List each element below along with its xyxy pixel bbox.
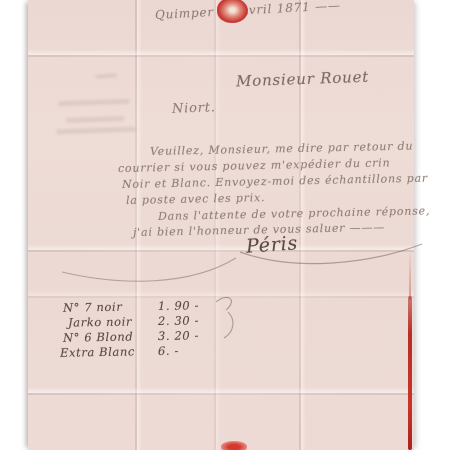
price-value: 6. - <box>158 344 179 358</box>
letter-scan: Quimper 13 Avril 1871 —— Monsieur Rouet … <box>0 0 450 450</box>
signature: Péris <box>245 232 299 258</box>
price-value: 1. 90 - <box>158 298 199 313</box>
price-item: Jarko noir <box>68 314 132 329</box>
red-seal-smudge-bottom <box>221 441 247 450</box>
fold-line-horizontal-2 <box>28 250 414 252</box>
red-edge-streak <box>408 296 412 450</box>
price-item: Extra Blanc <box>60 344 135 359</box>
wax-seal-remnant <box>217 0 248 23</box>
price-item: N° 7 noir <box>63 300 123 315</box>
price-item: N° 6 Blond <box>63 329 133 344</box>
fold-line-horizontal-4 <box>28 393 414 395</box>
fold-line-horizontal-1 <box>28 55 414 57</box>
price-value: 3. 20 - <box>158 328 199 343</box>
recipient-city: Niort. <box>172 100 216 117</box>
price-value: 2. 30 - <box>158 313 199 328</box>
red-edge-streak-faint <box>409 250 411 300</box>
